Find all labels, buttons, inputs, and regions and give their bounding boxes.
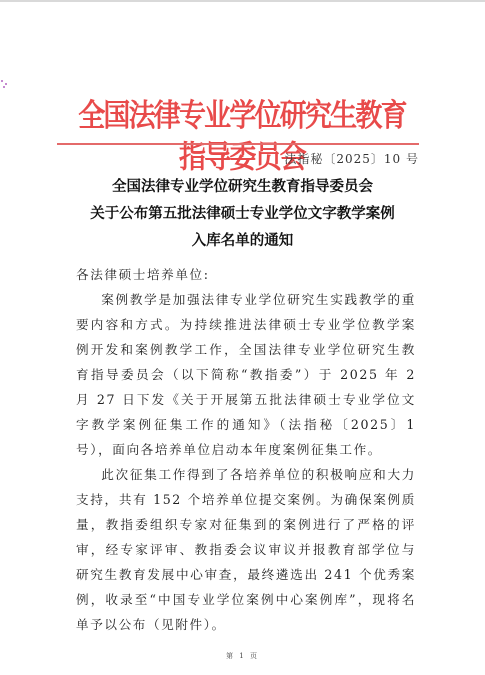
paragraph-1: 案例教学是加强法律专业学位研究生实践教学的重要内容和方式。为持续推进法律硕士专业… bbox=[76, 287, 416, 462]
document-body: 各法律硕士培养单位: 案例教学是加强法律专业学位研究生实践教学的重要内容和方式。… bbox=[76, 262, 416, 637]
letterhead-red-rule bbox=[57, 143, 419, 145]
paragraph-2: 此次征集工作得到了各培养单位的积极响应和大力支持，共有 152 个培养单位提交案… bbox=[76, 462, 416, 637]
document-number: 法指秘〔2025〕10 号 bbox=[284, 150, 419, 167]
title-line-1: 全国法律专业学位研究生教育指导委员会 bbox=[60, 174, 425, 201]
scan-artifact bbox=[1, 80, 9, 88]
document-title: 全国法律专业学位研究生教育指导委员会 关于公布第五批法律硕士专业学位文字教学案例… bbox=[60, 174, 425, 255]
page-number: 第 1 页 bbox=[0, 651, 485, 661]
salutation: 各法律硕士培养单位: bbox=[76, 262, 416, 287]
title-line-3: 入库名单的通知 bbox=[60, 228, 425, 255]
title-line-2: 关于公布第五批法律硕士专业学位文字教学案例 bbox=[60, 201, 425, 228]
top-border bbox=[0, 0, 485, 2]
